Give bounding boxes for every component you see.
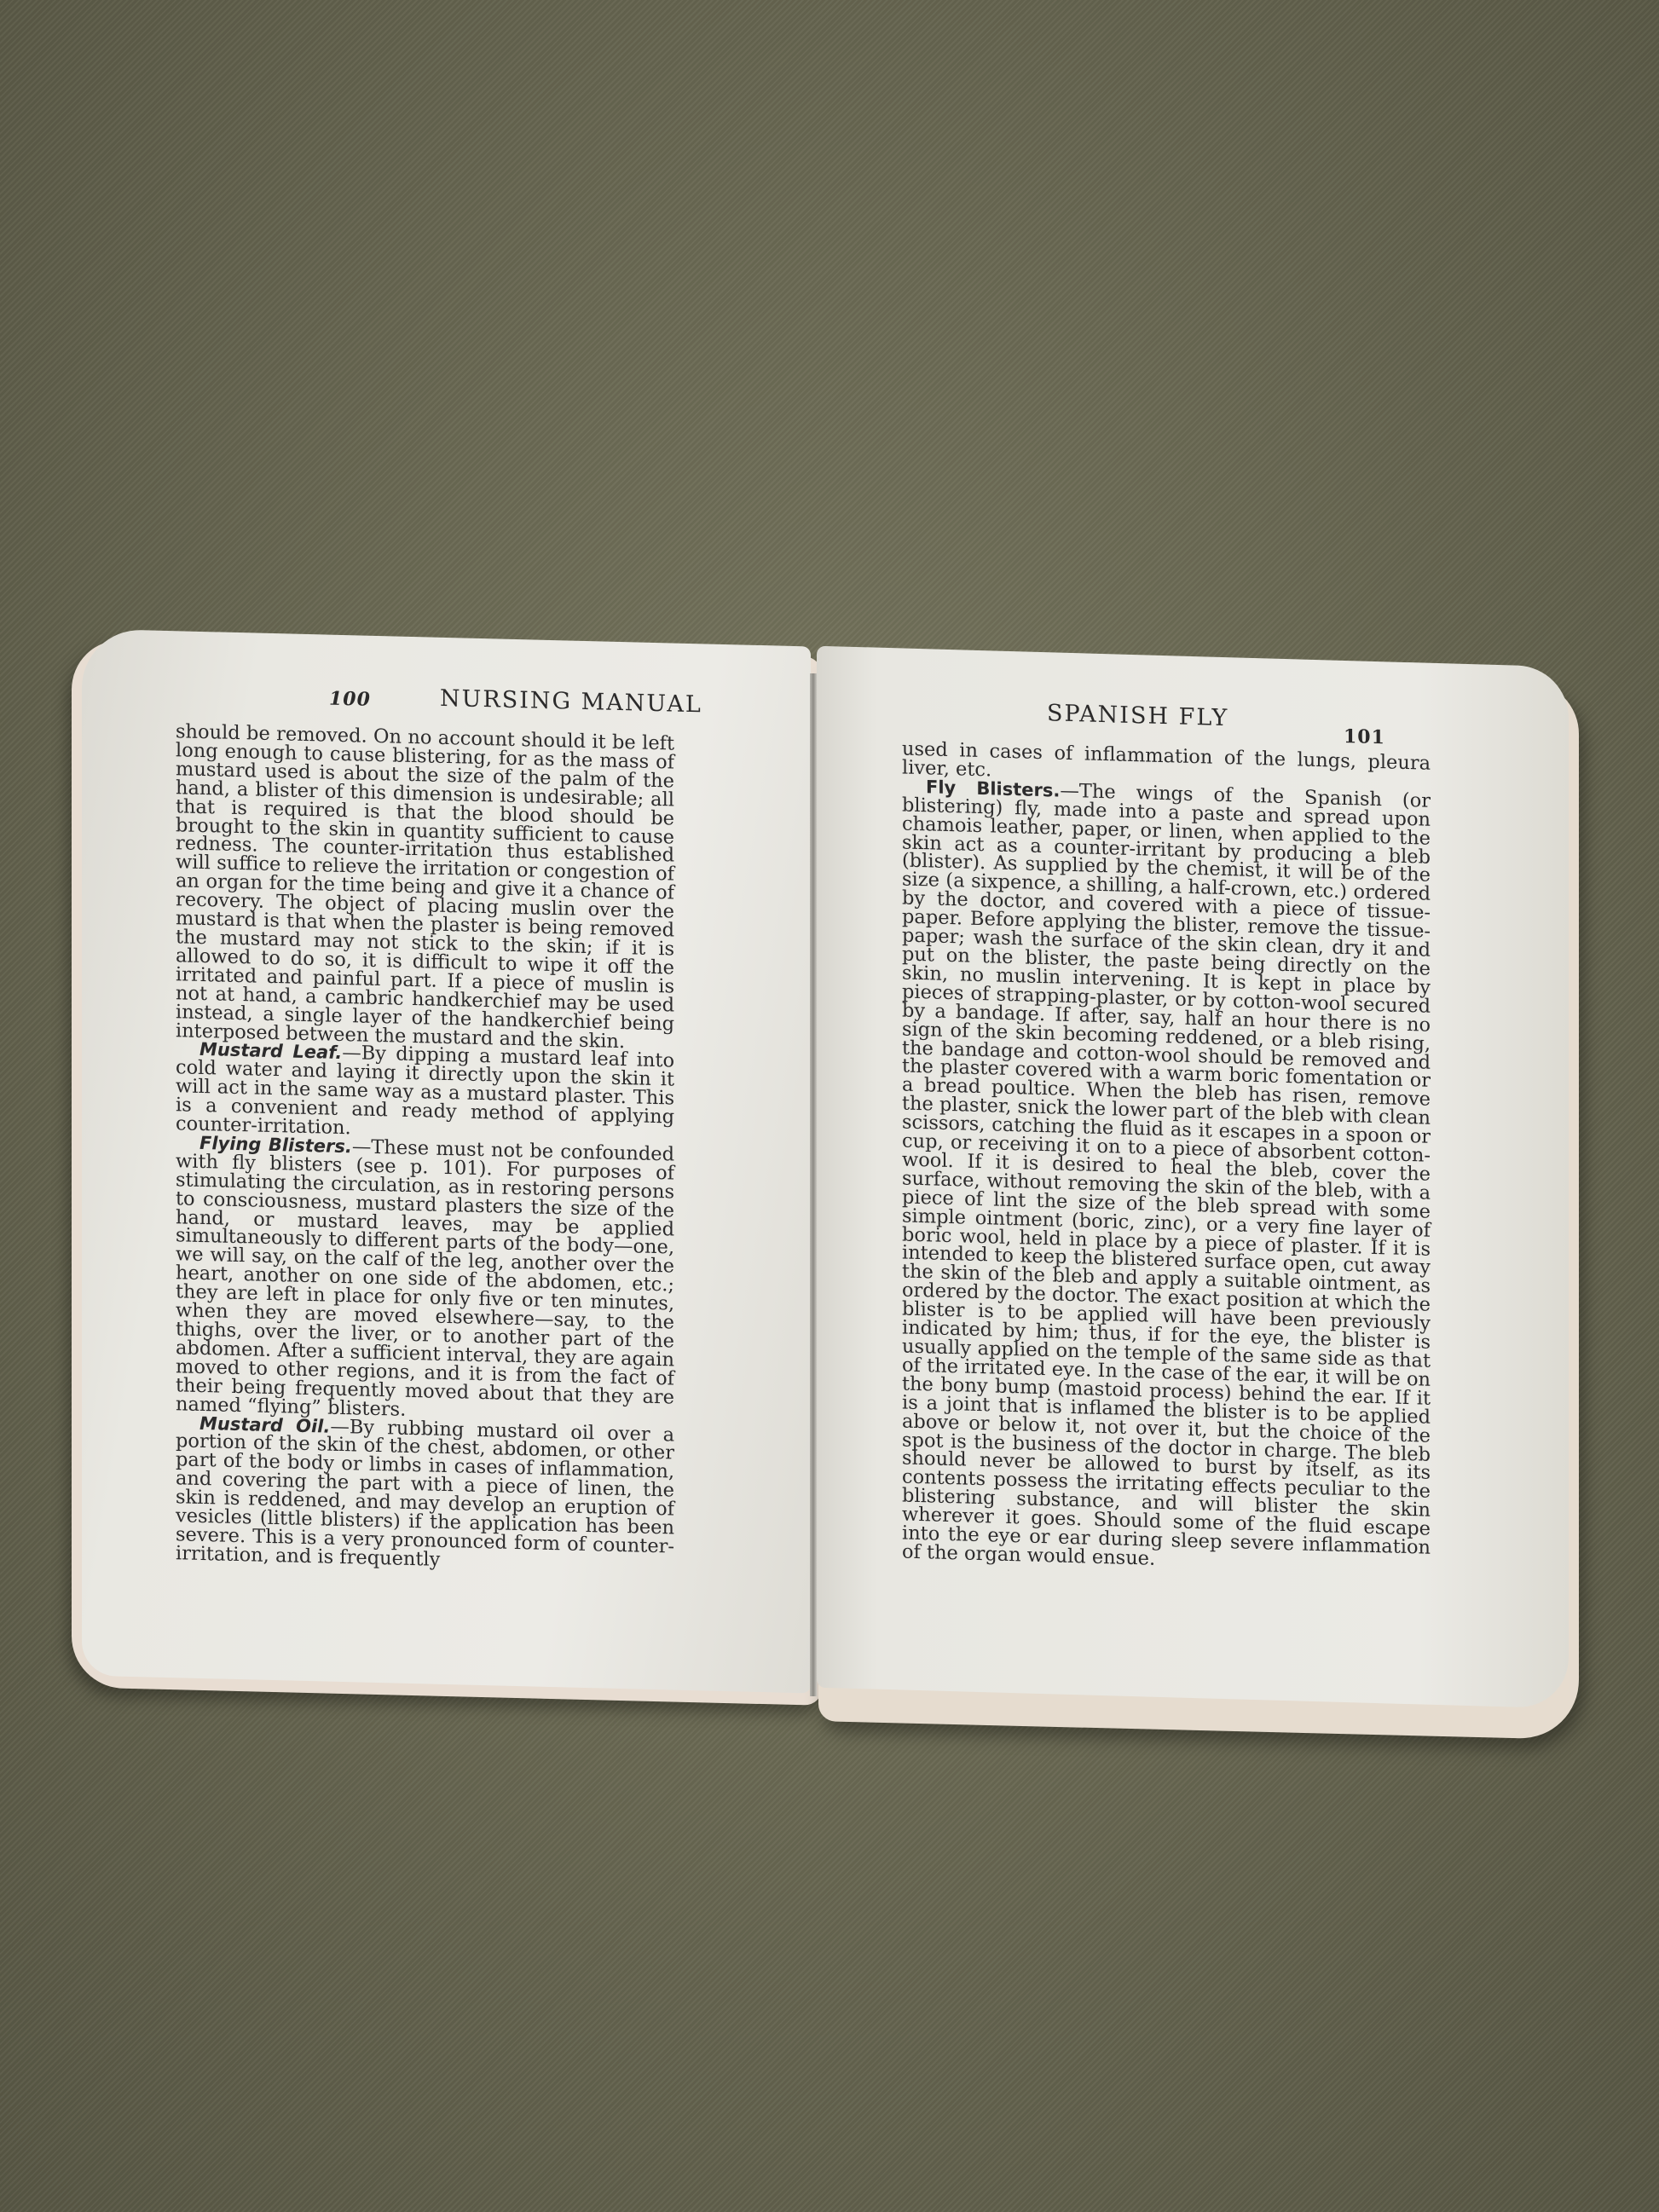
paragraph: Flying Blisters.—These must not be confo…: [176, 1134, 674, 1426]
running-head-title: SPANISH FLY: [1047, 700, 1228, 731]
paragraph: should be removed. On no account should …: [176, 723, 674, 1053]
left-page-body: should be removed. On no account should …: [176, 723, 674, 1575]
page-number: 101: [1344, 725, 1385, 748]
open-book-photo: 100 NURSING MANUAL should be removed. On…: [0, 0, 1659, 2212]
right-page-body: used in cases of inflammation of the lun…: [902, 740, 1431, 1576]
left-page: 100 NURSING MANUAL should be removed. On…: [82, 629, 811, 1694]
book-gutter: [810, 673, 817, 1696]
running-head-title: NURSING MANUAL: [440, 685, 702, 719]
page-number: 100: [329, 688, 371, 711]
paragraph: Mustard Leaf.—By dipping a mustard leaf …: [176, 1041, 674, 1146]
paragraph: Mustard Oil.—By rubbing mustard oil over…: [176, 1414, 674, 1576]
paragraph: Fly Blisters.—The wings of the Spanish (…: [902, 777, 1431, 1576]
right-page: SPANISH FLY 101 used in cases of inflamm…: [817, 646, 1569, 1709]
